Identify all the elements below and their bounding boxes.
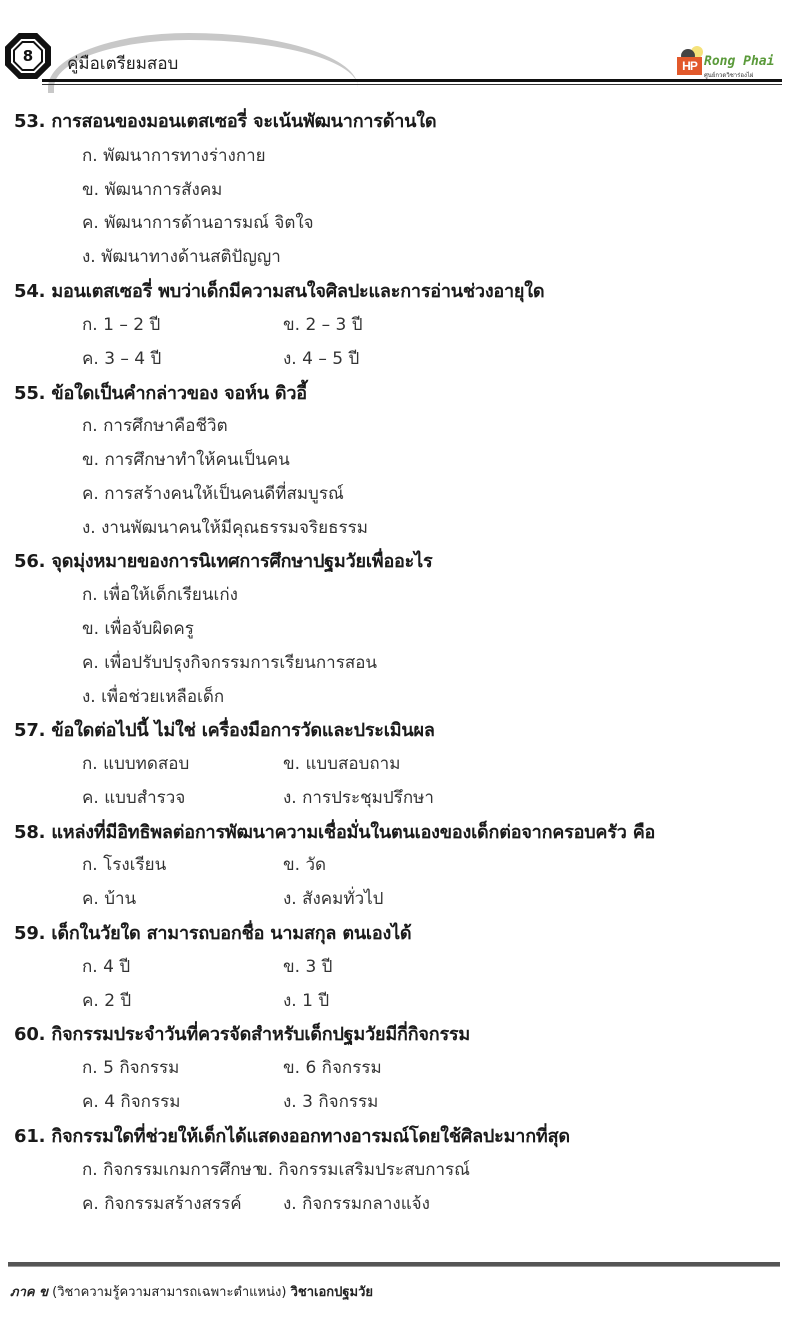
option-54-a: ก. 1 – 2 ปี	[82, 311, 160, 338]
page-number: 8	[15, 43, 41, 69]
option-54-c: ค. 3 – 4 ปี	[82, 345, 161, 372]
option-57-a: ก. แบบทดสอบ	[82, 750, 189, 777]
option-53-d: ง. พัฒนาทางด้านสติปัญญา	[82, 243, 281, 270]
question-53: 53. การสอนของมอนเตสเซอรี่ จะเน้นพัฒนาการ…	[14, 106, 436, 135]
option-60-d: ง. 3 กิจกรรม	[283, 1088, 378, 1115]
question-number: 60.	[14, 1024, 45, 1045]
question-59: 59. เด็กในวัยใด สามารถบอกชื่อ นามสกุล ตน…	[14, 918, 411, 947]
option-58-a: ก. โรงเรียน	[82, 851, 166, 878]
question-text: ข้อใดเป็นคำกล่าวของ จอห์น ดิวอี้	[51, 383, 307, 404]
question-text: กิจกรรมประจำวันที่ควรจัดสำหรับเด็กปฐมวัย…	[51, 1024, 470, 1045]
question-text: กิจกรรมใดที่ช่วยให้เด็กได้แสดงออกทางอารม…	[51, 1126, 569, 1147]
option-55-a: ก. การศึกษาคือชีวิต	[82, 412, 228, 439]
option-59-c: ค. 2 ปี	[82, 987, 131, 1014]
question-number: 53.	[14, 111, 45, 132]
question-58: 58. แหล่งที่มีอิทธิพลต่อการพัฒนาความเชื่…	[14, 817, 655, 846]
page-footer: ภาค ข (วิชาความรู้ความสามารถเฉพาะตำแหน่ง…	[10, 1281, 373, 1302]
question-number: 59.	[14, 923, 45, 944]
footer-part: ภาค ข	[10, 1285, 48, 1300]
option-54-d: ง. 4 – 5 ปี	[283, 345, 359, 372]
header-divider-thin	[42, 84, 782, 85]
option-58-d: ง. สังคมทั่วไป	[283, 885, 383, 912]
footer-description: (วิชาความรู้ความสามารถเฉพาะตำแหน่ง)	[52, 1285, 286, 1300]
question-57: 57. ข้อใดต่อไปนี้ ไม่ใช่ เครื่องมือการวั…	[14, 715, 435, 744]
option-55-c: ค. การสร้างคนให้เป็นคนดีที่สมบูรณ์	[82, 480, 344, 507]
brand-logo: HP Rong Phai ศูนย์กวดวิชาร่องไผ่	[677, 44, 787, 82]
option-55-d: ง. งานพัฒนาคนให้มีคุณธรรมจริยธรรม	[82, 514, 368, 541]
option-58-b: ข. วัด	[283, 851, 326, 878]
question-54: 54. มอนเตสเซอรี่ พบว่าเด็กมีความสนใจศิลป…	[14, 276, 544, 305]
option-60-a: ก. 5 กิจกรรม	[82, 1054, 179, 1081]
page-number-badge: 8	[5, 33, 51, 79]
option-56-c: ค. เพื่อปรับปรุงกิจกรรมการเรียนการสอน	[82, 649, 377, 676]
option-61-a: ก. กิจกรรมเกมการศึกษา	[82, 1156, 261, 1183]
header-title: คู่มือเตรียมสอบ	[67, 50, 178, 77]
option-53-b: ข. พัฒนาการสังคม	[82, 176, 222, 203]
option-61-d: ง. กิจกรรมกลางแจ้ง	[283, 1190, 430, 1217]
option-53-c: ค. พัฒนาการด้านอารมณ์ จิตใจ	[82, 209, 314, 236]
option-56-a: ก. เพื่อให้เด็กเรียนเก่ง	[82, 581, 238, 608]
question-text: มอนเตสเซอรี่ พบว่าเด็กมีความสนใจศิลปะและ…	[51, 281, 544, 302]
option-56-b: ข. เพื่อจับผิดครู	[82, 615, 194, 642]
question-number: 57.	[14, 720, 45, 741]
option-57-c: ค. แบบสำรวจ	[82, 784, 185, 811]
question-55: 55. ข้อใดเป็นคำกล่าวของ จอห์น ดิวอี้	[14, 378, 307, 407]
footer-divider	[8, 1262, 780, 1267]
question-number: 56.	[14, 551, 45, 572]
option-54-b: ข. 2 – 3 ปี	[283, 311, 363, 338]
option-53-a: ก. พัฒนาการทางร่างกาย	[82, 142, 266, 169]
question-number: 54.	[14, 281, 45, 302]
question-text: ข้อใดต่อไปนี้ ไม่ใช่ เครื่องมือการวัดและ…	[51, 720, 434, 741]
question-56: 56. จุดมุ่งหมายของการนิเทศการศึกษาปฐมวัย…	[14, 546, 432, 575]
question-text: แหล่งที่มีอิทธิพลต่อการพัฒนาความเชื่อมั่…	[51, 822, 655, 843]
footer-subject: วิชาเอกปฐมวัย	[291, 1285, 373, 1300]
option-57-d: ง. การประชุมปรึกษา	[283, 784, 434, 811]
option-59-b: ข. 3 ปี	[283, 953, 332, 980]
option-59-d: ง. 1 ปี	[283, 987, 329, 1014]
option-55-b: ข. การศึกษาทำให้คนเป็นคน	[82, 446, 290, 473]
question-text: การสอนของมอนเตสเซอรี่ จะเน้นพัฒนาการด้าน…	[51, 111, 436, 132]
header-divider	[42, 79, 782, 82]
option-60-c: ค. 4 กิจกรรม	[82, 1088, 180, 1115]
question-60: 60. กิจกรรมประจำวันที่ควรจัดสำหรับเด็กปฐ…	[14, 1019, 470, 1048]
option-59-a: ก. 4 ปี	[82, 953, 130, 980]
logo-brand-text: Rong Phai	[704, 54, 774, 69]
question-61: 61. กิจกรรมใดที่ช่วยให้เด็กได้แสดงออกทาง…	[14, 1121, 570, 1150]
question-number: 61.	[14, 1126, 45, 1147]
option-57-b: ข. แบบสอบถาม	[283, 750, 400, 777]
option-61-c: ค. กิจกรรมสร้างสรรค์	[82, 1190, 242, 1217]
option-56-d: ง. เพื่อช่วยเหลือเด็ก	[82, 683, 224, 710]
question-number: 55.	[14, 383, 45, 404]
logo-tagline: ศูนย์กวดวิชาร่องไผ่	[704, 70, 753, 80]
question-text: จุดมุ่งหมายของการนิเทศการศึกษาปฐมวัยเพื่…	[51, 551, 432, 572]
option-61-b: ข. กิจกรรมเสริมประสบการณ์	[256, 1156, 470, 1183]
question-text: เด็กในวัยใด สามารถบอกชื่อ นามสกุล ตนเองไ…	[51, 923, 411, 944]
option-58-c: ค. บ้าน	[82, 885, 136, 912]
page-header: 8 คู่มือเตรียมสอบ HP Rong Phai ศูนย์กวดว…	[0, 0, 800, 100]
logo-hp-icon: HP	[677, 57, 702, 75]
question-number: 58.	[14, 822, 45, 843]
option-60-b: ข. 6 กิจกรรม	[283, 1054, 382, 1081]
